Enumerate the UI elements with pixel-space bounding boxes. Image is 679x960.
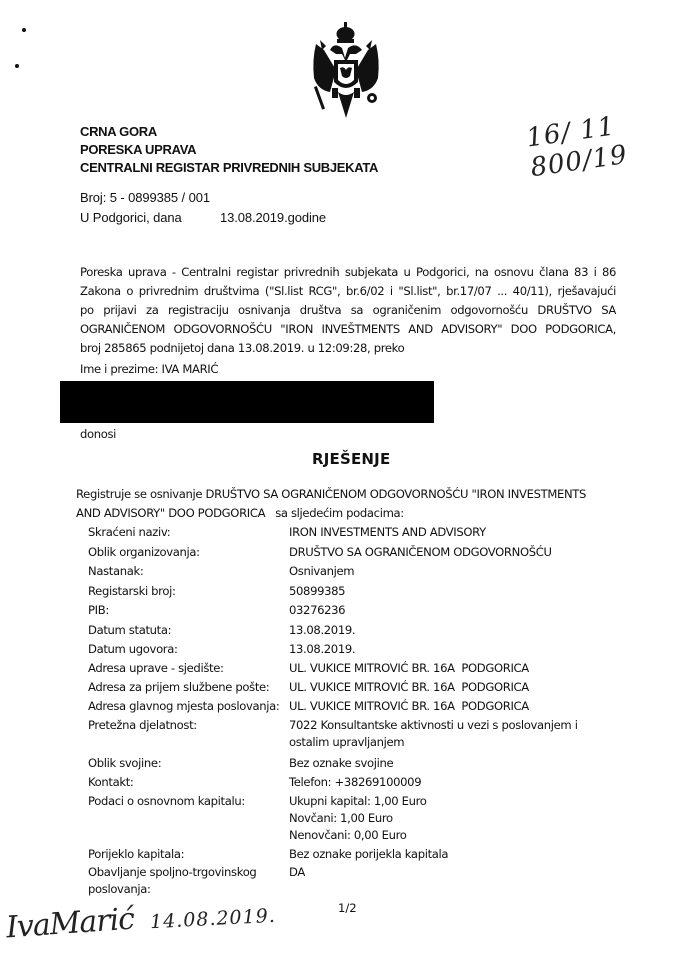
field-value: Ukupni kapital: 1,00 Euro Novčani: 1,00 …	[289, 793, 609, 845]
field-value: DRUŠTVO SA OGRANIČENOM ODGOVORNOŠĆU	[289, 544, 609, 561]
field-label: Datum ugovora:	[88, 641, 288, 658]
donosi-label: donosi	[80, 425, 116, 444]
field-label: Datum statuta:	[88, 622, 288, 639]
handwritten-reference-note: 16/ 11 800/19	[525, 103, 679, 183]
applicant-name: Ime i prezime: IVA MARIĆ	[80, 360, 218, 379]
field-label: Oblik svojine:	[88, 755, 288, 772]
field-value-line: ostalim upravljanjem	[289, 734, 609, 751]
decision-title: RJEŠENJE	[312, 450, 390, 468]
field-value: DA	[289, 864, 609, 881]
document-number: Broj: 5 - 0899385 / 001	[80, 188, 210, 207]
field-label: Adresa glavnog mjesta poslovanja:	[88, 698, 288, 715]
field-value-line: Nenovčani: 0,00 Euro	[289, 827, 609, 844]
issue-date: 13.08.2019.godine	[220, 208, 326, 227]
header-authority: PORESKA UPRAVA	[80, 141, 378, 159]
field-label: Porijeklo kapitala:	[88, 846, 288, 863]
field-value: 7022 Konsultantske aktivnosti u vezi s p…	[289, 717, 609, 751]
field-value: UL. VUKICE MITROVIĆ BR. 16A PODGORICA	[289, 679, 609, 696]
intro-line: Zakona o privrednim društvima ("Sl.list …	[80, 282, 616, 301]
field-label: Pretežna djelatnost:	[88, 717, 288, 734]
intro-paragraph: Poreska uprava - Centralni registar priv…	[80, 263, 616, 358]
field-label: Nastanak:	[88, 563, 288, 580]
field-label: Registarski broj:	[88, 583, 288, 600]
field-value: Telefon: +38269100009	[289, 774, 609, 791]
page-number: 1/2	[338, 901, 357, 915]
field-label: Podaci o osnovnom kapitalu:	[88, 793, 288, 810]
field-value: Osnivanjem	[289, 563, 609, 580]
header-registry: CENTRALNI REGISTAR PRIVREDNIH SUBJEKATA	[80, 159, 378, 177]
field-value: 03276236	[289, 602, 609, 619]
field-label: Kontakt:	[88, 774, 288, 791]
field-label: Adresa za prijem službene pošte:	[88, 679, 288, 696]
coat-of-arms-icon	[310, 20, 382, 120]
field-value: IRON INVESTMENTS AND ADVISORY	[289, 524, 609, 541]
field-value-line: Novčani: 1,00 Euro	[289, 810, 609, 827]
field-label: PIB:	[88, 602, 288, 619]
field-label-line: Obavljanje spoljno-trgovinskog	[88, 864, 288, 881]
field-value: Bez oznake porijekla kapitala	[289, 846, 609, 863]
field-label-line: poslovanja:	[88, 881, 288, 898]
intro-line: po prijavi za registraciju osnivanja dru…	[80, 301, 616, 320]
decision-statement: Registruje se osnivanje DRUŠTVO SA OGRAN…	[76, 485, 626, 523]
header-country: CRNA GORA	[80, 123, 378, 141]
place-label: U Podgorici, dana	[80, 208, 182, 227]
issuer-header: CRNA GORA PORESKA UPRAVA CENTRALNI REGIS…	[80, 123, 378, 177]
signature-date: 14.08.2019.	[150, 905, 277, 934]
redacted-block	[60, 381, 434, 423]
field-value-line: 7022 Konsultantske aktivnosti u vezi s p…	[289, 717, 609, 734]
field-label: Adresa uprave - sjedište:	[88, 660, 288, 677]
field-value: UL. VUKICE MITROVIĆ BR. 16A PODGORICA	[289, 698, 609, 715]
field-label: Obavljanje spoljno-trgovinskog poslovanj…	[88, 864, 288, 898]
statement-line: AND ADVISORY" DOO PODGORICA sa sljedećim…	[76, 504, 626, 523]
intro-line: broj 285865 podnijetoj dana 13.08.2019. …	[80, 339, 616, 358]
statement-line: Registruje se osnivanje DRUŠTVO SA OGRAN…	[76, 485, 626, 504]
field-value-line: Ukupni kapital: 1,00 Euro	[289, 793, 609, 810]
scan-speck	[22, 28, 26, 32]
field-label: Oblik organizovanja:	[88, 544, 288, 561]
handwritten-signature: IvaMarić	[5, 902, 135, 946]
intro-line: OGRANIČENOM ODGOVORNOŠĆU "IRON INVEŠTMEN…	[80, 320, 616, 339]
field-value: 13.08.2019.	[289, 622, 609, 639]
intro-line: Poreska uprava - Centralni registar priv…	[80, 263, 616, 282]
field-label: Skraćeni naziv:	[88, 524, 288, 541]
field-value: 50899385	[289, 583, 609, 600]
field-value: Bez oznake svojine	[289, 755, 609, 772]
scan-speck	[15, 64, 19, 68]
field-value: UL. VUKICE MITROVIĆ BR. 16A PODGORICA	[289, 660, 609, 677]
field-value: 13.08.2019.	[289, 641, 609, 658]
